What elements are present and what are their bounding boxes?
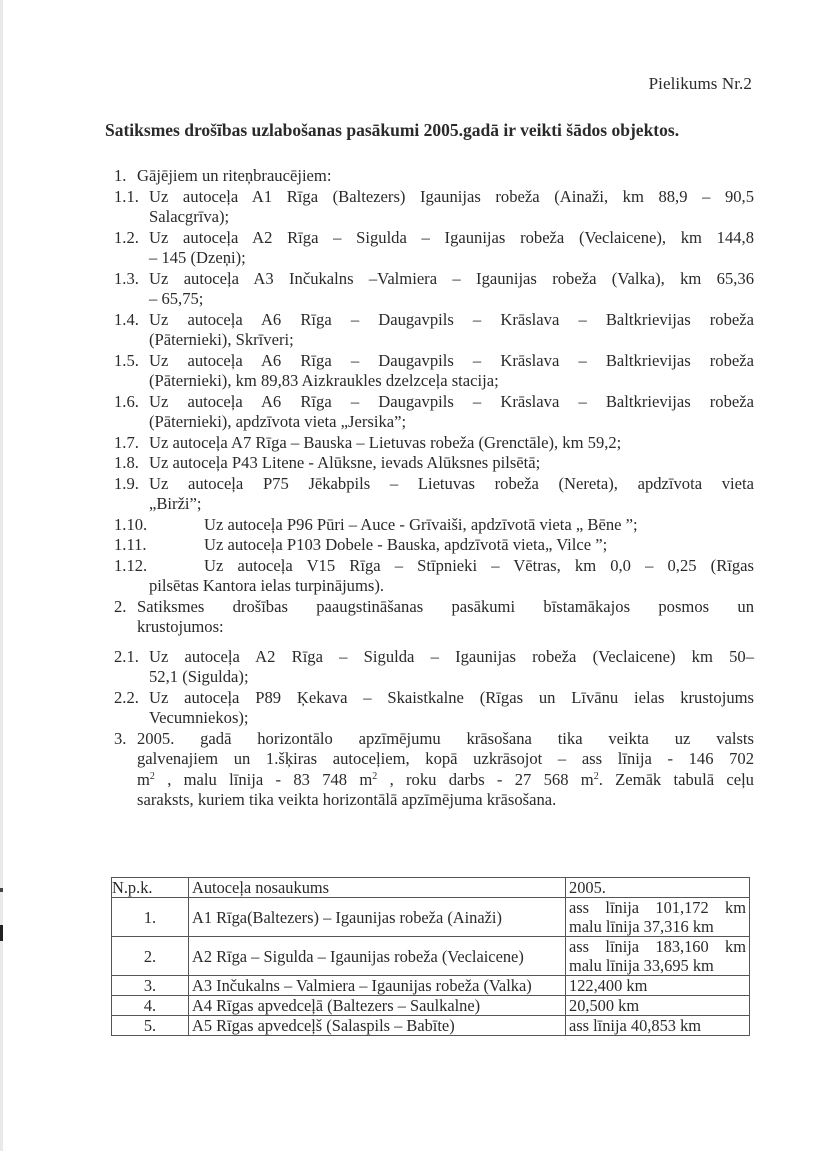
list-item-text-continued: (Pāternieki), km 89,83 Aizkraukles dzelz… xyxy=(114,371,754,392)
list-item: 1.7.Uz autoceļa A7 Rīga – Bauska – Lietu… xyxy=(114,433,754,454)
row-number: 1. xyxy=(112,898,189,937)
section-number: 2. xyxy=(114,597,137,638)
header-road-name: Autoceļa nosaukums xyxy=(189,878,566,898)
list-item-text: Uz autoceļa A2 Rīga – Sigulda – Igaunija… xyxy=(149,647,754,668)
row-number: 4. xyxy=(112,996,189,1016)
document-title: Satiksmes drošības uzlabošanas pasākumi … xyxy=(105,120,765,141)
section-text-line: galvenajiem un 1.šķiras autoceļiem, kopā… xyxy=(137,749,754,770)
road-name: A5 Rīgas apvedceļš (Salaspils – Babīte) xyxy=(189,1016,566,1036)
section-text-line: m2 , malu līnija - 83 748 m2 , roku darb… xyxy=(137,770,754,791)
list-item-number: 1.4. xyxy=(114,310,149,331)
road-name: A3 Inčukalns – Valmiera – Igaunijas robe… xyxy=(189,976,566,996)
table-row: 3.A3 Inčukalns – Valmiera – Igaunijas ro… xyxy=(112,976,750,996)
list-item-text: Uz autoceļa V15 Rīga – Stīpnieki – Vētra… xyxy=(204,556,754,577)
appendix-label: Pielikums Nr.2 xyxy=(649,74,752,94)
list-item-text-continued: (Pāternieki), Skrīveri; xyxy=(114,330,754,351)
road-name: A1 Rīga(Baltezers) – Igaunijas robeža (A… xyxy=(189,898,566,937)
row-number: 2. xyxy=(112,937,189,976)
list-item-number: 1.3. xyxy=(114,269,149,290)
list-item: 1.4.Uz autoceļa A6 Rīga – Daugavpils – K… xyxy=(114,310,754,331)
list-item-text: Uz autoceļa A3 Inčukalns –Valmiera – Iga… xyxy=(149,269,754,290)
list-item-number: 1.12. xyxy=(114,556,204,577)
section-1-items: 1.1.Uz autoceļa A1 Rīga (Baltezers) Igau… xyxy=(114,187,754,597)
marking-length: ass līnija 183,160 km malu līnija 33,695… xyxy=(566,937,750,976)
list-item-text: Uz autoceļa P96 Pūri – Auce - Grīvaiši, … xyxy=(204,515,754,536)
list-item-text: Uz autoceļa A7 Rīga – Bauska – Lietuvas … xyxy=(149,433,754,454)
list-item: 1.2.Uz autoceļa A2 Rīga – Sigulda – Igau… xyxy=(114,228,754,249)
road-name: A4 Rīgas apvedceļā (Baltezers – Saulkaln… xyxy=(189,996,566,1016)
section-text-line: Satiksmes drošības paaugstināšanas pasāk… xyxy=(137,597,754,618)
section-number: 3. xyxy=(114,729,137,811)
marking-length: 122,400 km xyxy=(566,976,750,996)
list-item: 1.5.Uz autoceļa A6 Rīga – Daugavpils – K… xyxy=(114,351,754,372)
list-item: 1.1.Uz autoceļa A1 Rīga (Baltezers) Igau… xyxy=(114,187,754,208)
list-item-text: Uz autoceļa P103 Dobele - Bauska, apdzīv… xyxy=(204,535,754,556)
list-item-text-continued: (Pāternieki), apdzīvota vieta „Jersika”; xyxy=(114,412,754,433)
list-item: 1.3.Uz autoceļa A3 Inčukalns –Valmiera –… xyxy=(114,269,754,290)
section-heading: Gājējiem un riteņbraucējiem: xyxy=(137,166,754,187)
list-item-number: 1.9. xyxy=(114,474,149,495)
marking-length: ass līnija 40,853 km xyxy=(566,1016,750,1036)
table-row: 5.A5 Rīgas apvedceļš (Salaspils – Babīte… xyxy=(112,1016,750,1036)
section-text-line: 2005. gadā horizontālo apzīmējumu krāsoš… xyxy=(137,729,754,750)
section-2-heading: 2. Satiksmes drošības paaugstināšanas pa… xyxy=(114,597,754,638)
list-item-number: 1.7. xyxy=(114,433,149,454)
list-item-number: 1.11. xyxy=(114,535,204,556)
list-item-text-continued: pilsētas Kantora ielas turpinājums). xyxy=(114,576,754,597)
list-item-number: 1.6. xyxy=(114,392,149,413)
section-2-items: 2.1.Uz autoceļa A2 Rīga – Sigulda – Igau… xyxy=(114,647,754,729)
list-item-number: 1.5. xyxy=(114,351,149,372)
row-number: 3. xyxy=(112,976,189,996)
list-item-number: 2.1. xyxy=(114,647,149,668)
list-item-number: 1.1. xyxy=(114,187,149,208)
list-item-text: Uz autoceļa A2 Rīga – Sigulda – Igaunija… xyxy=(149,228,754,249)
road-name: A2 Rīga – Sigulda – Igaunijas robeža (Ve… xyxy=(189,937,566,976)
section-text-line: krustojumos: xyxy=(137,617,754,638)
list-item-text: Uz autoceļa A1 Rīga (Baltezers) Igaunija… xyxy=(149,187,754,208)
list-item-text-continued: – 65,75; xyxy=(114,289,754,310)
list-item-text-continued: „Birži”; xyxy=(114,494,754,515)
list-item-text: Uz autoceļa A6 Rīga – Daugavpils – Krāsl… xyxy=(149,351,754,372)
list-item-text-continued: Vecumniekos); xyxy=(114,708,754,729)
list-item-text: Uz autoceļa P75 Jēkabpils – Lietuvas rob… xyxy=(149,474,754,495)
scan-artifact xyxy=(0,925,3,941)
row-number: 5. xyxy=(112,1016,189,1036)
scan-edge xyxy=(0,0,3,1151)
list-item: 1.12.Uz autoceļa V15 Rīga – Stīpnieki – … xyxy=(114,556,754,577)
list-item: 1.11.Uz autoceļa P103 Dobele - Bauska, a… xyxy=(114,535,754,556)
list-item-text: Uz autoceļa A6 Rīga – Daugavpils – Krāsl… xyxy=(149,392,754,413)
list-item: 2.2.Uz autoceļa P89 Ķekava – Skaistkalne… xyxy=(114,688,754,709)
table-row: 4.A4 Rīgas apvedceļā (Baltezers – Saulka… xyxy=(112,996,750,1016)
scan-artifact xyxy=(0,888,3,892)
section-1-heading: 1. Gājējiem un riteņbraucējiem: xyxy=(114,166,754,187)
list-item-text-continued: – 145 (Dzeņi); xyxy=(114,248,754,269)
header-year: 2005. xyxy=(566,878,750,898)
list-item: 1.9.Uz autoceļa P75 Jēkabpils – Lietuvas… xyxy=(114,474,754,495)
document-body: 1. Gājējiem un riteņbraucējiem: 1.1.Uz a… xyxy=(114,166,754,811)
list-item-text-continued: Salacgrīva); xyxy=(114,207,754,228)
table-row: 1.A1 Rīga(Baltezers) – Igaunijas robeža … xyxy=(112,898,750,937)
marking-length: 20,500 km xyxy=(566,996,750,1016)
list-item-number: 2.2. xyxy=(114,688,149,709)
table-row: 2.A2 Rīga – Sigulda – Igaunijas robeža (… xyxy=(112,937,750,976)
list-item: 1.10.Uz autoceļa P96 Pūri – Auce - Grīva… xyxy=(114,515,754,536)
list-item: 1.6.Uz autoceļa A6 Rīga – Daugavpils – K… xyxy=(114,392,754,413)
list-item-text: Uz autoceļa A6 Rīga – Daugavpils – Krāsl… xyxy=(149,310,754,331)
list-item: 1.8.Uz autoceļa P43 Litene - Alūksne, ie… xyxy=(114,453,754,474)
list-item-text: Uz autoceļa P43 Litene - Alūksne, ievads… xyxy=(149,453,754,474)
section-number: 1. xyxy=(114,166,137,187)
list-item: 2.1.Uz autoceļa A2 Rīga – Sigulda – Igau… xyxy=(114,647,754,668)
road-marking-table: N.p.k. Autoceļa nosaukums 2005. 1.A1 Rīg… xyxy=(111,877,750,1036)
section-text-line: saraksts, kuriem tika veikta horizontālā… xyxy=(137,790,754,811)
list-item-number: 1.10. xyxy=(114,515,204,536)
section-3-paragraph: 3. 2005. gadā horizontālo apzīmējumu krā… xyxy=(114,729,754,811)
list-item-text-continued: 52,1 (Sigulda); xyxy=(114,667,754,688)
list-item-number: 1.2. xyxy=(114,228,149,249)
list-item-text: Uz autoceļa P89 Ķekava – Skaistkalne (Rī… xyxy=(149,688,754,709)
table-header-row: N.p.k. Autoceļa nosaukums 2005. xyxy=(112,878,750,898)
marking-length: ass līnija 101,172 km malu līnija 37,316… xyxy=(566,898,750,937)
list-item-number: 1.8. xyxy=(114,453,149,474)
header-npk: N.p.k. xyxy=(112,878,189,898)
